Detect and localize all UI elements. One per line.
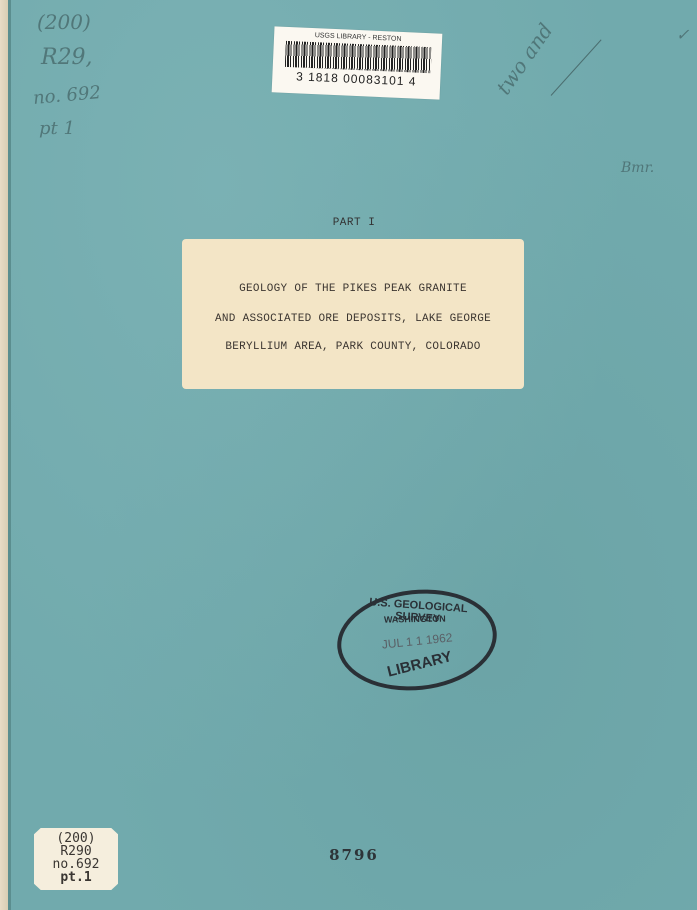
handwritten-note-line: R29, [41,45,93,70]
title-line: GEOLOGY OF THE PIKES PEAK GRANITE [182,283,524,295]
barcode-icon [285,41,432,73]
library-stamp: U.S. GEOLOGICAL SURVEY WASHINGTON JUL 1 … [332,582,502,698]
page-edge [0,0,8,910]
call-number-line: pt.1 [34,871,118,884]
barcode-label: USGS LIBRARY - RESTON 3 1818 00083101 4 [272,26,443,99]
document-cover: (200) R29, no. 692 pt 1 USGS LIBRARY - R… [11,0,697,910]
title-line: AND ASSOCIATED ORE DEPOSITS, LAKE GEORGE [182,313,524,325]
handwritten-initials: Bmr. [621,160,654,176]
accession-number: 8796 [11,846,697,864]
check-mark-icon: ✓ [676,25,689,44]
part-label: PART I [11,217,697,229]
handwritten-note-line: pt 1 [39,118,75,139]
pencil-stroke [551,39,602,95]
handwritten-note-line: no. 692 [32,82,101,109]
handwritten-note-line: (200) [37,10,91,34]
title-label: GEOLOGY OF THE PIKES PEAK GRANITE AND AS… [182,239,524,389]
handwritten-diagonal-note: two and [491,19,557,99]
title-line: BERYLLIUM AREA, PARK COUNTY, COLORADO [182,341,524,353]
